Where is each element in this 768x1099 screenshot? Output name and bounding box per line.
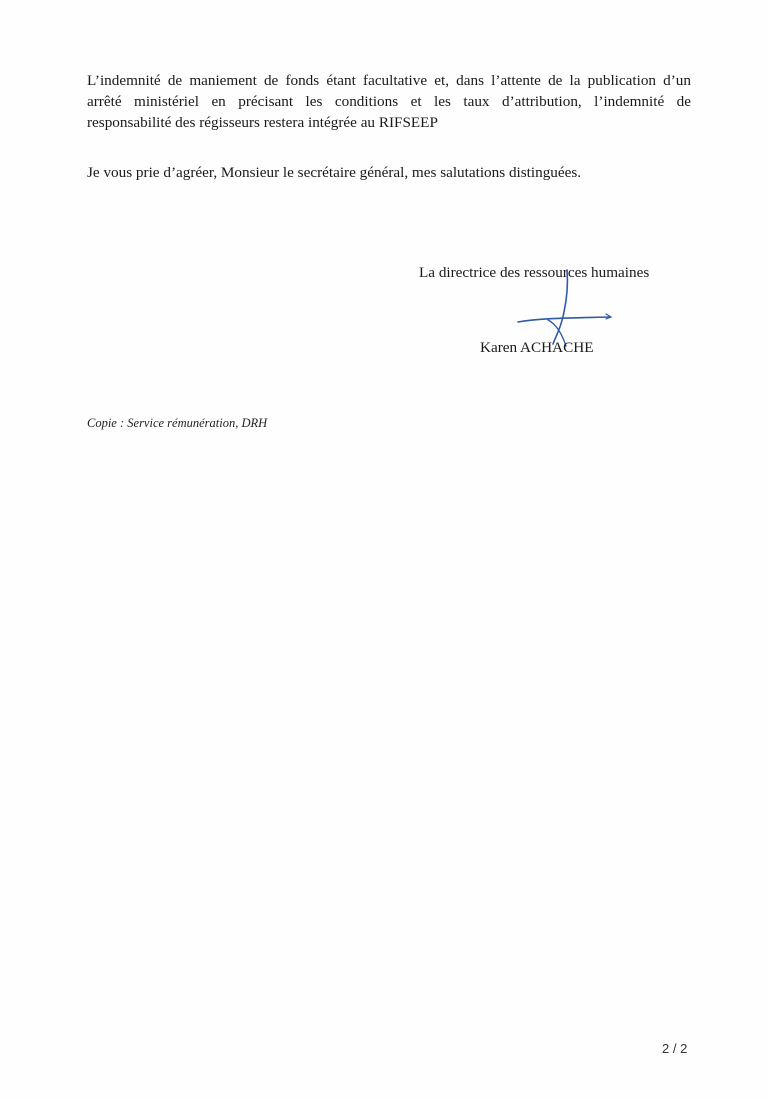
paragraph-line: L’indemnité de maniement de fonds étant … <box>87 70 691 91</box>
signatory-name: Karen ACHACHE <box>480 337 593 358</box>
paragraph-indemnite: L’indemnité de maniement de fonds étant … <box>87 70 691 133</box>
page-number: 2 / 2 <box>662 1040 687 1058</box>
closing-salutation: Je vous prie d’agréer, Monsieur le secré… <box>87 162 691 183</box>
copy-recipients-note: Copie : Service rémunération, DRH <box>87 414 267 432</box>
handwritten-signature-icon <box>510 268 620 348</box>
paragraph-line: arrêté ministériel en précisant les cond… <box>87 91 691 112</box>
document-page: L’indemnité de maniement de fonds étant … <box>0 0 768 1099</box>
paragraph-line: responsabilité des régisseurs restera in… <box>87 112 691 133</box>
